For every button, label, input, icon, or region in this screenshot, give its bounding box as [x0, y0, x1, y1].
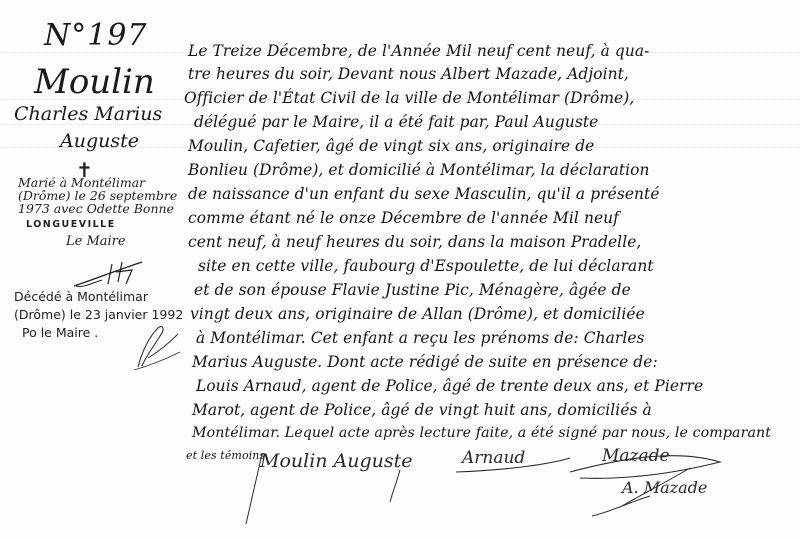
body-line: délégué par le Maire, il a été fait par,… — [194, 113, 598, 131]
body-line: et de son épouse Flavie Justine Pic, Mén… — [194, 281, 631, 299]
signature-flourishes-icon — [250, 450, 800, 539]
body-line: Marot, agent de Police, âgé de vingt hui… — [192, 401, 652, 419]
given-names-line1: Charles Marius — [14, 103, 162, 125]
body-line: cent neuf, à neuf heures du soir, dans l… — [188, 233, 641, 251]
body-line: Bonlieu (Drôme), et domicilié à Montélim… — [188, 161, 650, 179]
body-line: site en cette ville, faubourg d'Espoulet… — [198, 257, 654, 275]
mayor-stamp: LONGUEVILLE — [26, 218, 178, 231]
body-line: Louis Arnaud, agent de Police, âgé de tr… — [196, 377, 703, 395]
marriage-signatory: Le Maire — [66, 235, 178, 248]
body-line: Montélimar. Lequel acte après lecture fa… — [192, 425, 771, 441]
register-page: N°197 Moulin Charles Marius Auguste ✝ Ma… — [0, 0, 800, 539]
mayor-signature-icon — [72, 258, 152, 288]
body-line: Officier de l'État Civil de la ville de … — [184, 89, 634, 107]
marriage-line3: 1973 avec Odette Bonne — [18, 202, 178, 215]
body-line: tre heures du soir, Devant nous Albert M… — [188, 65, 629, 83]
death-line1: Décédé à Montélimar — [14, 288, 184, 306]
body-line: de naissance d'un enfant du sexe Masculi… — [188, 185, 660, 203]
margin-column: N°197 Moulin Charles Marius Auguste ✝ Ma… — [0, 0, 180, 539]
death-signature-icon — [128, 322, 188, 372]
act-number: N°197 — [44, 18, 148, 53]
body-line: à Montélimar. Cet enfant a reçu les prén… — [196, 329, 645, 347]
signature-block: Moulin Auguste Arnaud Mazade A. Mazade — [250, 450, 800, 539]
body-line: Moulin, Cafetier, âgé de vingt six ans, … — [188, 137, 594, 155]
body-line: vingt deux ans, originaire de Allan (Drô… — [190, 305, 645, 323]
marriage-annotation: Marié à Montélimar (Drôme) le 26 septemb… — [18, 176, 178, 248]
surname: Moulin — [34, 62, 155, 102]
given-names-line2: Auguste — [60, 130, 139, 152]
body-line: Marius Auguste. Dont acte rédigé de suit… — [192, 353, 658, 371]
body-line: Le Treize Décembre, de l'Année Mil neuf … — [188, 42, 649, 60]
body-line: comme étant né le onze Décembre de l'ann… — [188, 209, 619, 227]
